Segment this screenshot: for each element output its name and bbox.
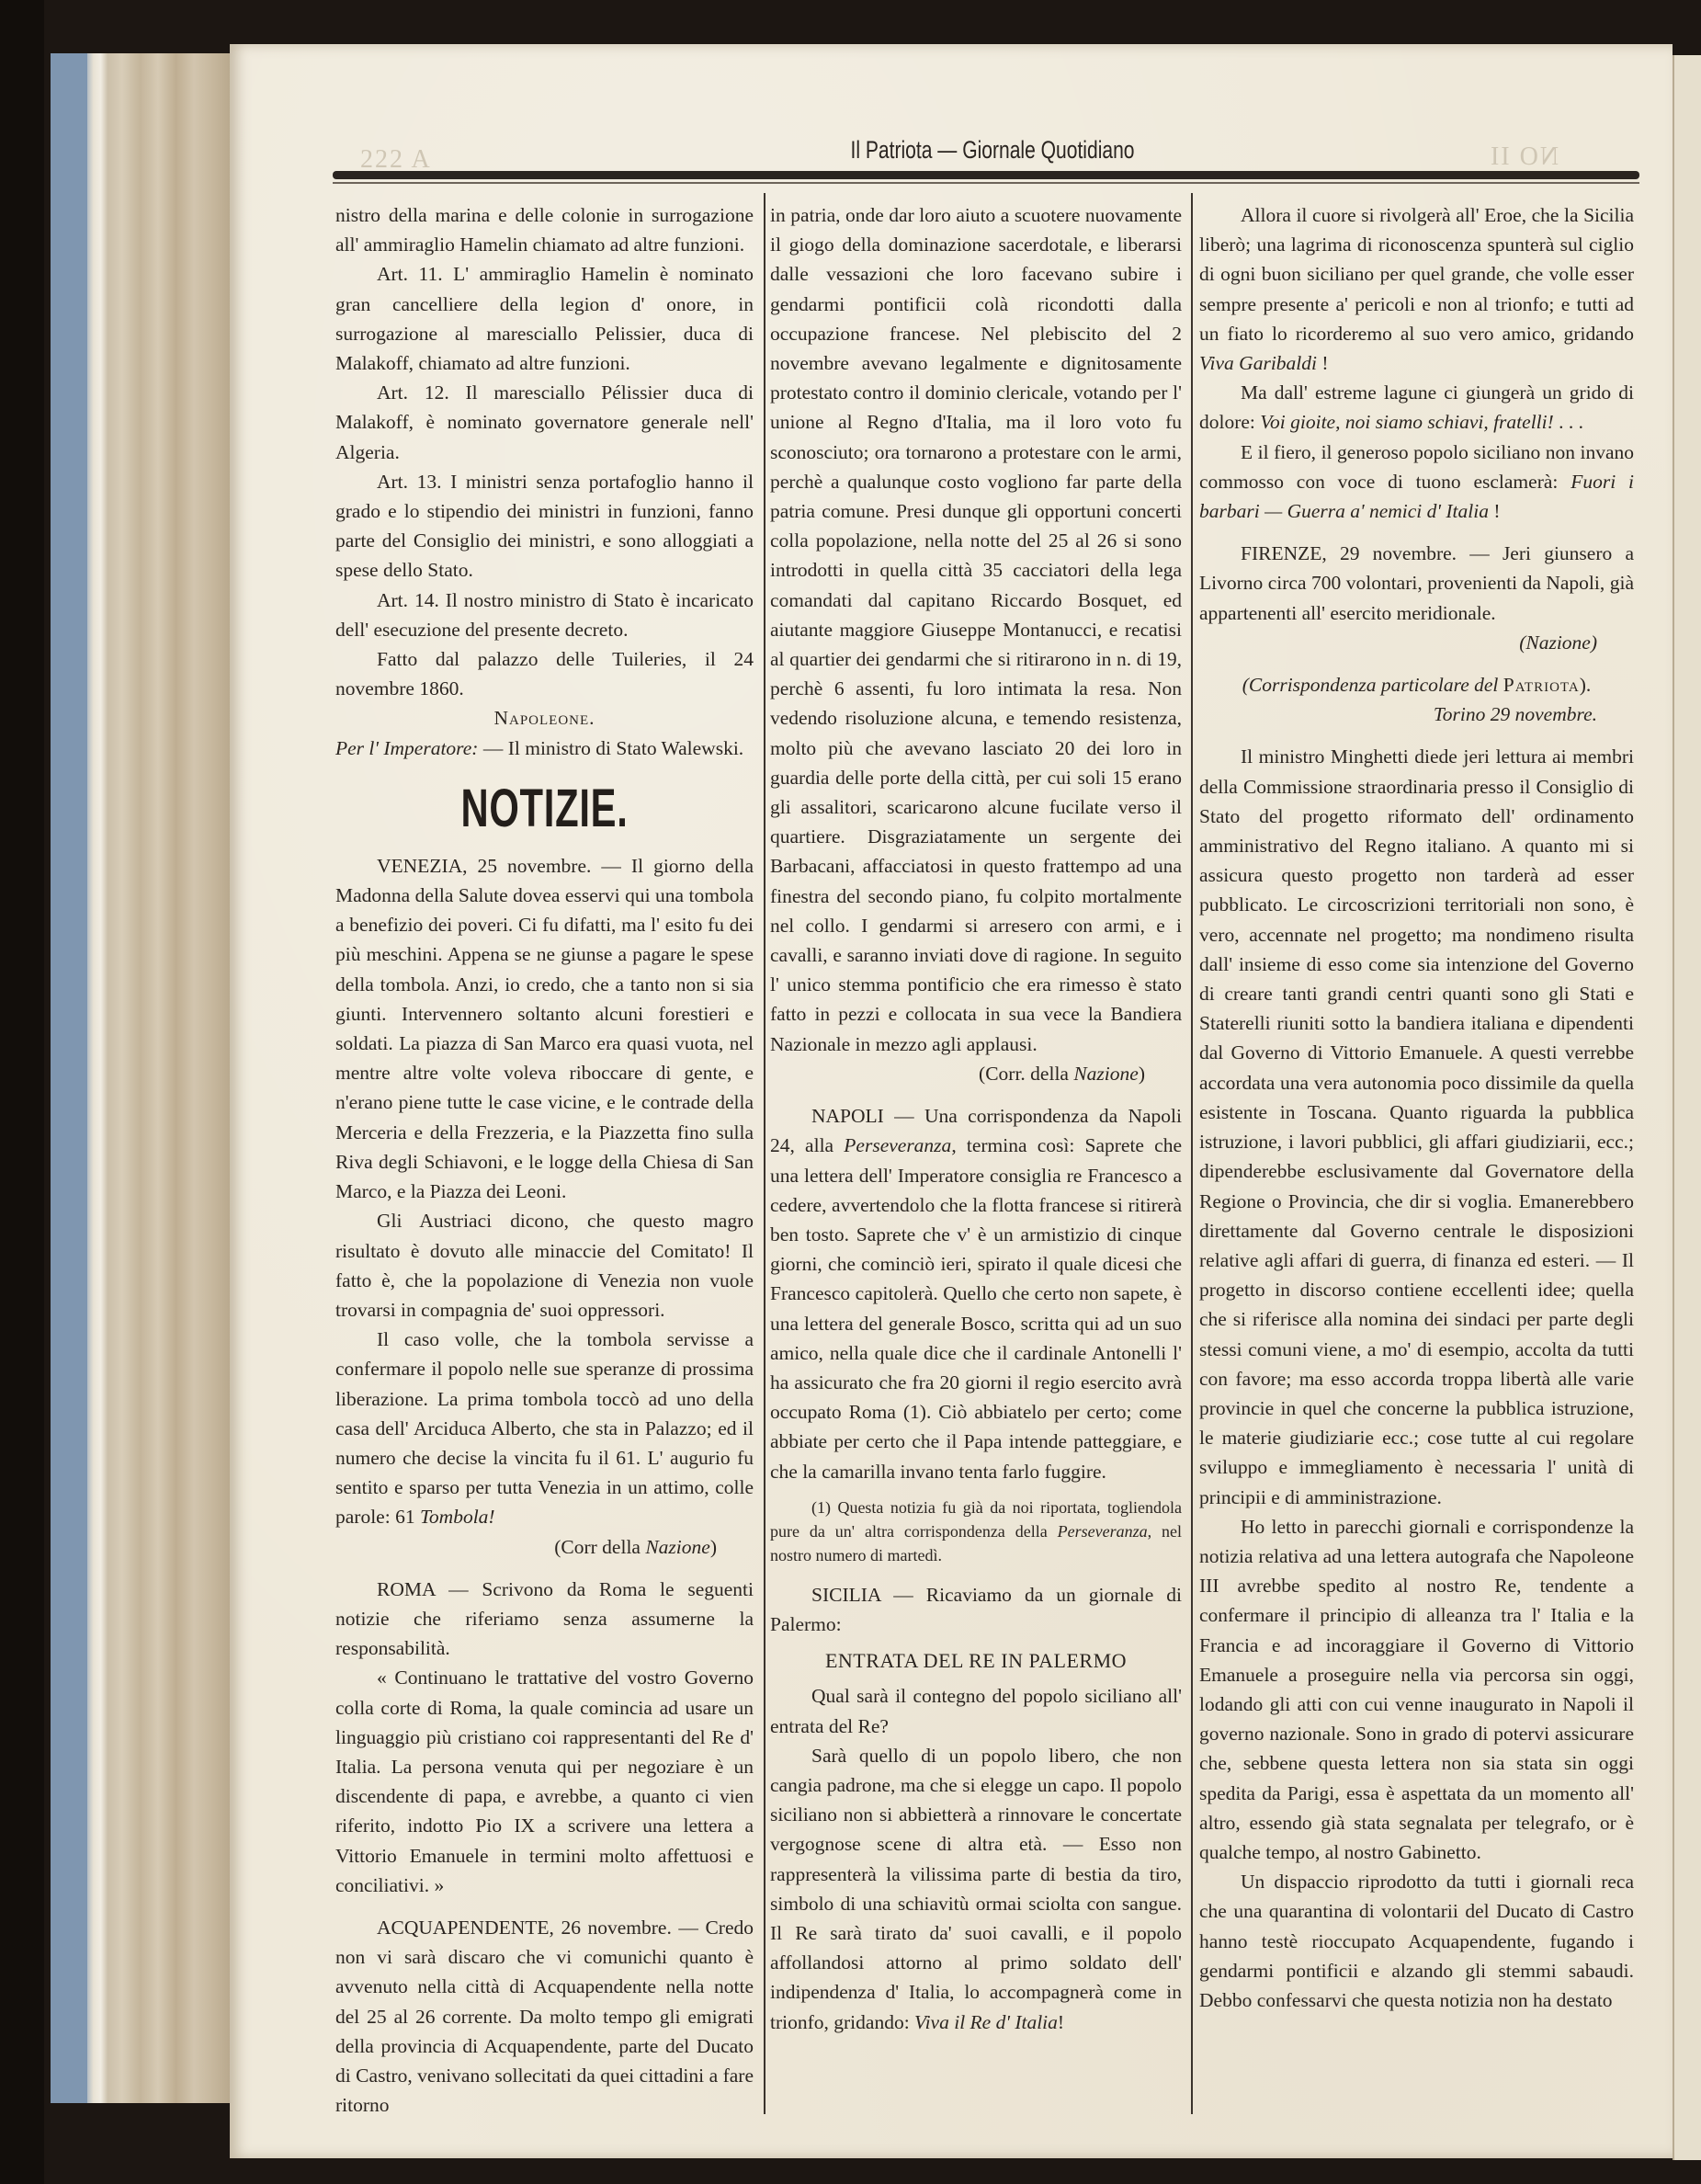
article-torino-p1: Il ministro Minghetti diede jeri lettura… — [1199, 742, 1634, 1511]
article-napoli: NAPOLI — Una corrispondenza da Napoli 24… — [770, 1101, 1182, 1486]
blue-cover-board — [51, 53, 87, 2103]
article-firenze-source: (Nazione) — [1199, 628, 1634, 657]
decree-text: nistro della marina e delle colonie in s… — [335, 200, 754, 259]
running-head-title: Il Patriota — Giornale Quotidiano — [834, 136, 1150, 165]
decree-art-14: Art. 14. Il nostro ministro di Stato è i… — [335, 586, 754, 644]
article-sicilia-p1: Qual sarà il contegno del popolo sicilia… — [770, 1681, 1182, 1740]
article-torino-p3: Un dispaccio riprodotto da tutti i giorn… — [1199, 1867, 1634, 2015]
column-left: nistro della marina e delle colonie in s… — [335, 200, 754, 2120]
article-sicilia-p3: Allora il cuore si rivolgerà all' Eroe, … — [1199, 200, 1634, 378]
article-venezia-p3: Il caso volle, che la tombola servisse a… — [335, 1325, 754, 1531]
column-divider-left — [764, 193, 765, 2114]
article-torino-p2: Ho letto in parecchi giornali e corrispo… — [1199, 1512, 1634, 1867]
article-acquapendente-source: (Corr. della Nazione) — [770, 1059, 1182, 1088]
decree-art-11: Art. 11. L' ammiraglio Hamelin è nominat… — [335, 259, 754, 378]
decree-countersign: Per l' Imperatore: — Il ministro di Stat… — [335, 734, 754, 763]
countersign-label: Per l' Imperatore: — [335, 737, 478, 759]
decree-art-13: Art. 13. I ministri senza portafoglio ha… — [335, 467, 754, 586]
subheading-entrata-del-re: ENTRATA DEL RE IN PALERMO — [770, 1646, 1182, 1676]
correspondence-heading: (Corrispondenza particolare del Patriota… — [1199, 670, 1634, 700]
article-sicilia-intro: SICILIA — Ricaviamo da un giornale di Pa… — [770, 1580, 1182, 1639]
column-divider-right — [1191, 193, 1193, 2114]
column-middle: in patria, onde dar loro aiuto a scuoter… — [770, 200, 1182, 2037]
header-thin-rule — [333, 182, 1639, 184]
column-right: Allora il cuore si rivolgerà all' Eroe, … — [1199, 200, 1634, 2015]
article-firenze: FIRENZE, 29 novembre. — Jeri giunsero a … — [1199, 539, 1634, 628]
header-thick-rule — [333, 171, 1639, 179]
article-venezia-p1: VENEZIA, 25 novembre. — Il giorno della … — [335, 851, 754, 1206]
article-acquapendente-cont: in patria, onde dar loro aiuto a scuoter… — [770, 200, 1182, 1059]
correspondence-dateline: Torino 29 novembre. — [1199, 700, 1634, 729]
article-roma-p2: « Continuano le trattative del vostro Go… — [335, 1663, 754, 1900]
decree-signature: Napoleone. — [335, 703, 754, 733]
article-sicilia-p4: Ma dall' estreme lagune ci giungerà un g… — [1199, 378, 1634, 437]
decree-art-12: Art. 12. Il maresciallo Pélissier duca d… — [335, 378, 754, 467]
article-roma-p1: ROMA — Scrivono da Roma le seguenti noti… — [335, 1575, 754, 1664]
article-venezia-p2: Gli Austriaci dicono, che questo magro r… — [335, 1206, 754, 1325]
bleed-through-issue-number: NO II — [1489, 142, 1559, 172]
scan-background — [0, 0, 44, 2184]
book-page-edges — [51, 53, 230, 2103]
countersign-text: — Il ministro di Stato Walewski. — [483, 737, 743, 759]
decree-date: Fatto dal palazzo delle Tuileries, il 24… — [335, 644, 754, 703]
article-venezia-source: (Corr della Nazione) — [335, 1532, 754, 1562]
article-sicilia-p5: E il fiero, il generoso popolo siciliano… — [1199, 438, 1634, 527]
footnote: (1) Questa notizia fu già da noi riporta… — [770, 1496, 1182, 1567]
next-page-edge — [1673, 55, 1701, 2160]
article-acquapendente: ACQUAPENDENTE, 26 novembre. — Credo non … — [335, 1913, 754, 2120]
section-title-notizie: NOTIZIE. — [394, 776, 696, 842]
article-sicilia-p2: Sarà quello di un popolo libero, che non… — [770, 1741, 1182, 2037]
